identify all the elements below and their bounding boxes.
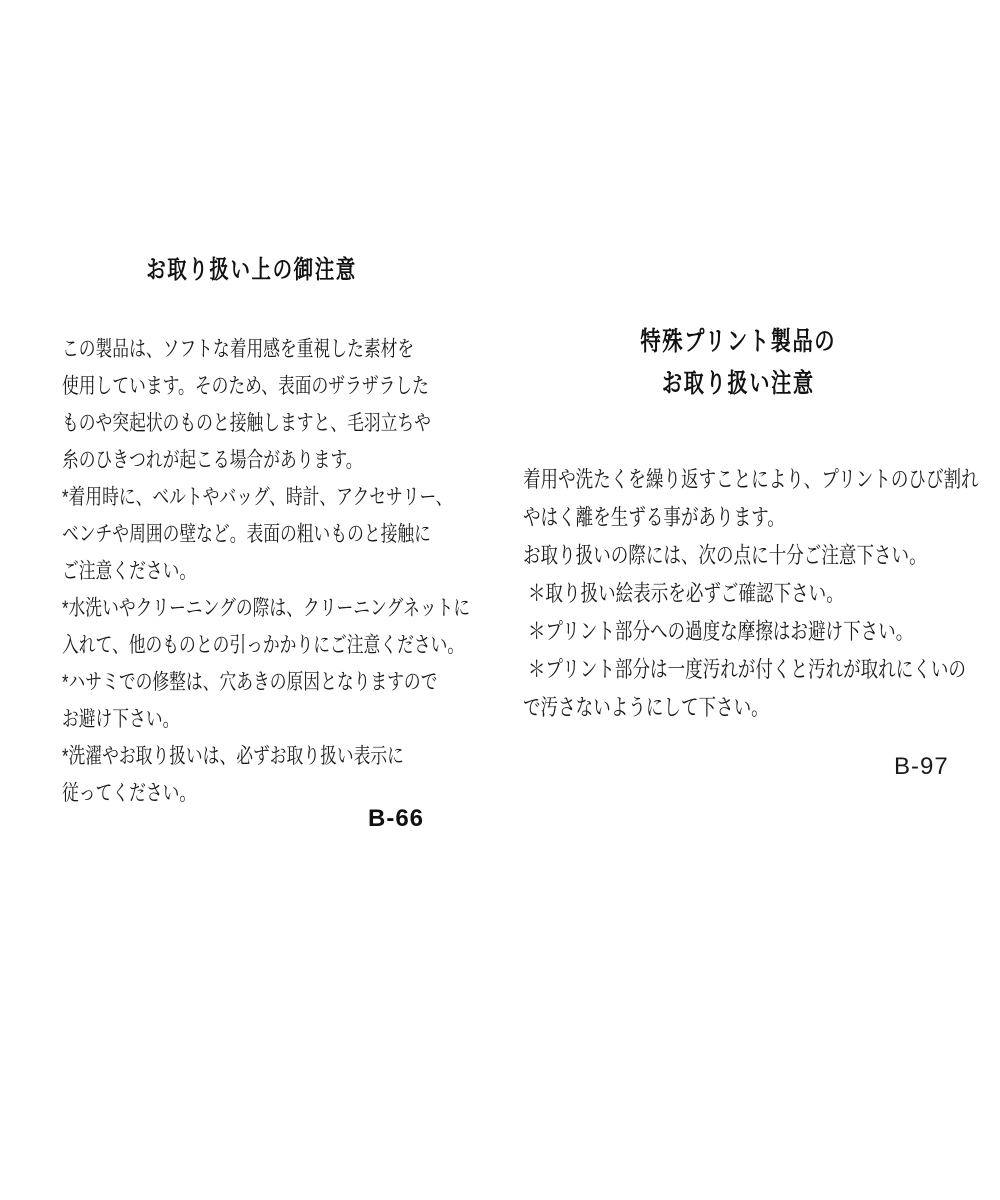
handling-notice-body: この製品は、ソフトな着用感を重視した素材を 使用しています。そのため、表面のザラ…	[62, 331, 441, 812]
body-line: やはく離を生ずる事があります。	[523, 499, 954, 537]
care-label-page: お取り扱い上の御注意 この製品は、ソフトな着用感を重視した素材を 使用しています…	[0, 0, 1000, 1200]
body-line: *洗濯やお取り扱いは、必ずお取り扱い表示に	[62, 738, 441, 775]
print-notice-title: 特殊プリント製品の お取り扱い注意	[523, 320, 954, 404]
page-code-b97: B-97	[894, 753, 949, 781]
print-notice-body: 着用や洗たくを繰り返すことにより、プリントのひび割れ やはく離を生ずる事がありま…	[523, 461, 954, 727]
body-line: ベンチや周囲の壁など。表面の粗いものと接触に	[62, 516, 441, 553]
page-code-b66: B-66	[368, 805, 424, 833]
handling-notice-section: お取り扱い上の御注意 この製品は、ソフトな着用感を重視した素材を 使用しています…	[62, 256, 441, 812]
body-line: ご注意ください。	[62, 553, 441, 590]
body-line: *水洗いやクリーニングの際は、クリーニングネットに	[62, 590, 441, 627]
body-line: お取り扱いの際には、次の点に十分ご注意下さい。	[523, 537, 954, 575]
body-line: で汚さないようにして下さい。	[523, 689, 954, 727]
print-notice-section: 特殊プリント製品の お取り扱い注意 着用や洗たくを繰り返すことにより、プリントの…	[523, 320, 954, 727]
body-line: 糸のひきつれが起こる場合があります。	[62, 442, 441, 479]
handling-notice-title: お取り扱い上の御注意	[62, 256, 441, 284]
body-line: *ハサミでの修整は、穴あきの原因となりますので	[62, 664, 441, 701]
body-line: ものや突起状のものと接触しますと、毛羽立ちや	[62, 405, 441, 442]
print-notice-title-line2: お取り扱い注意	[523, 362, 954, 404]
body-line: お避け下さい。	[62, 701, 441, 738]
body-line: 着用や洗たくを繰り返すことにより、プリントのひび割れ	[523, 461, 954, 499]
body-line: ＊プリント部分は一度汚れが付くと汚れが取れにくいの	[523, 651, 954, 689]
print-notice-title-line1: 特殊プリント製品の	[523, 320, 954, 362]
body-line: 使用しています。そのため、表面のザラザラした	[62, 368, 441, 405]
body-line: ＊取り扱い絵表示を必ずご確認下さい。	[523, 575, 954, 613]
body-line: 入れて、他のものとの引っかかりにご注意ください。	[62, 627, 441, 664]
body-line: ＊プリント部分への過度な摩擦はお避け下さい。	[523, 613, 954, 651]
body-line: この製品は、ソフトな着用感を重視した素材を	[62, 331, 441, 368]
body-line: *着用時に、ベルトやバッグ、時計、アクセサリー、	[62, 479, 441, 516]
